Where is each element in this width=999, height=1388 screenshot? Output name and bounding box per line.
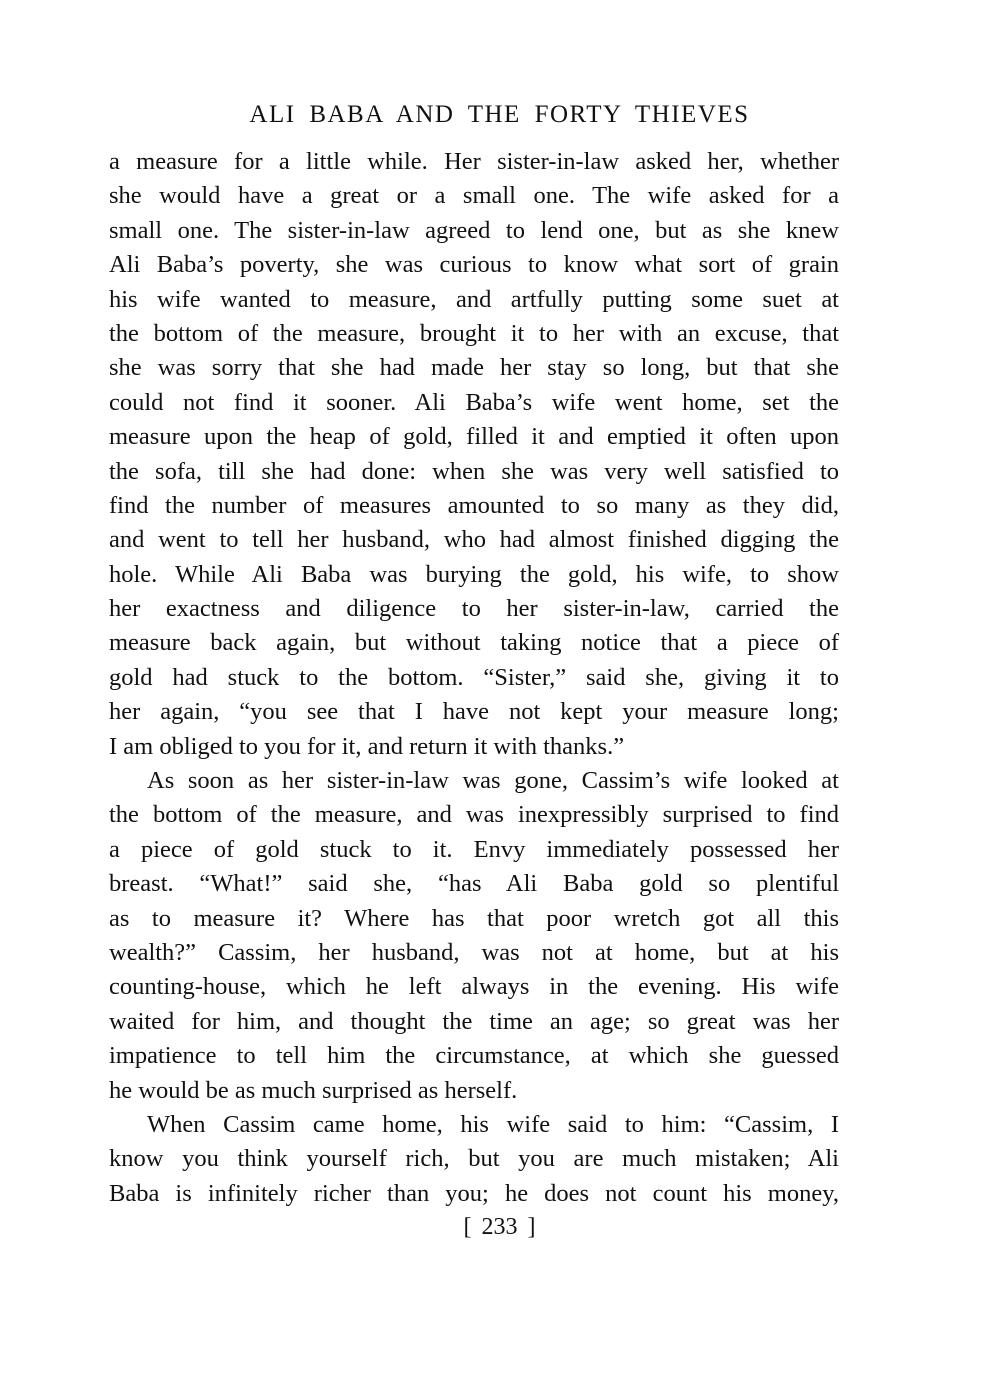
text-line: Baba is infinitely richer than you; he d… [109, 1177, 839, 1211]
running-head: ALI BABA AND THE FORTY THIEVES [0, 98, 999, 132]
text-line: a piece of gold stuck to it. Envy immedi… [109, 833, 839, 867]
text-line: small one. The sister-in-law agreed to l… [109, 214, 839, 248]
text-line: impatience to tell him the circumstance,… [109, 1039, 839, 1073]
text-line: she would have a great or a small one. T… [109, 179, 839, 213]
text-line: Ali Baba’s poverty, she was curious to k… [109, 248, 839, 282]
text-line: her again, “you see that I have not kept… [109, 695, 839, 729]
text-line: the bottom of the measure, brought it to… [109, 317, 839, 351]
text-line: wealth?” Cassim, her husband, was not at… [109, 936, 839, 970]
text-line: measure upon the heap of gold, filled it… [109, 420, 839, 454]
paragraph-3: When Cassim came home, his wife said to … [109, 1108, 839, 1211]
body-text: a measure for a little while. Her sister… [109, 145, 839, 1211]
text-line: counting-house, which he left always in … [109, 970, 839, 1004]
text-line: a measure for a little while. Her sister… [109, 145, 839, 179]
text-line: hole. While Ali Baba was burying the gol… [109, 558, 839, 592]
text-line: the bottom of the measure, and was inexp… [109, 798, 839, 832]
page-number: [ 233 ] [0, 1210, 999, 1244]
text-line: her exactness and diligence to her siste… [109, 592, 839, 626]
paragraph-2: As soon as her sister-in-law was gone, C… [109, 764, 839, 1108]
text-line: his wife wanted to measure, and artfully… [109, 283, 839, 317]
text-line: gold had stuck to the bottom. “Sister,” … [109, 661, 839, 695]
text-line: measure back again, but without taking n… [109, 626, 839, 660]
text-line: waited for him, and thought the time an … [109, 1005, 839, 1039]
text-line: and went to tell her husband, who had al… [109, 523, 839, 557]
book-page: ALI BABA AND THE FORTY THIEVES a measure… [0, 0, 999, 1388]
text-line: he would be as much surprised as herself… [109, 1074, 839, 1108]
text-line: When Cassim came home, his wife said to … [109, 1108, 839, 1142]
text-line: breast. “What!” said she, “has Ali Baba … [109, 867, 839, 901]
text-line: as to measure it? Where has that poor wr… [109, 902, 839, 936]
text-line: know you think yourself rich, but you ar… [109, 1142, 839, 1176]
text-line: the sofa, till she had done: when she wa… [109, 455, 839, 489]
text-line: As soon as her sister-in-law was gone, C… [109, 764, 839, 798]
text-line: she was sorry that she had made her stay… [109, 351, 839, 385]
text-line: I am obliged to you for it, and return i… [109, 730, 839, 764]
text-line: find the number of measures amounted to … [109, 489, 839, 523]
paragraph-1: a measure for a little while. Her sister… [109, 145, 839, 764]
text-line: could not find it sooner. Ali Baba’s wif… [109, 386, 839, 420]
